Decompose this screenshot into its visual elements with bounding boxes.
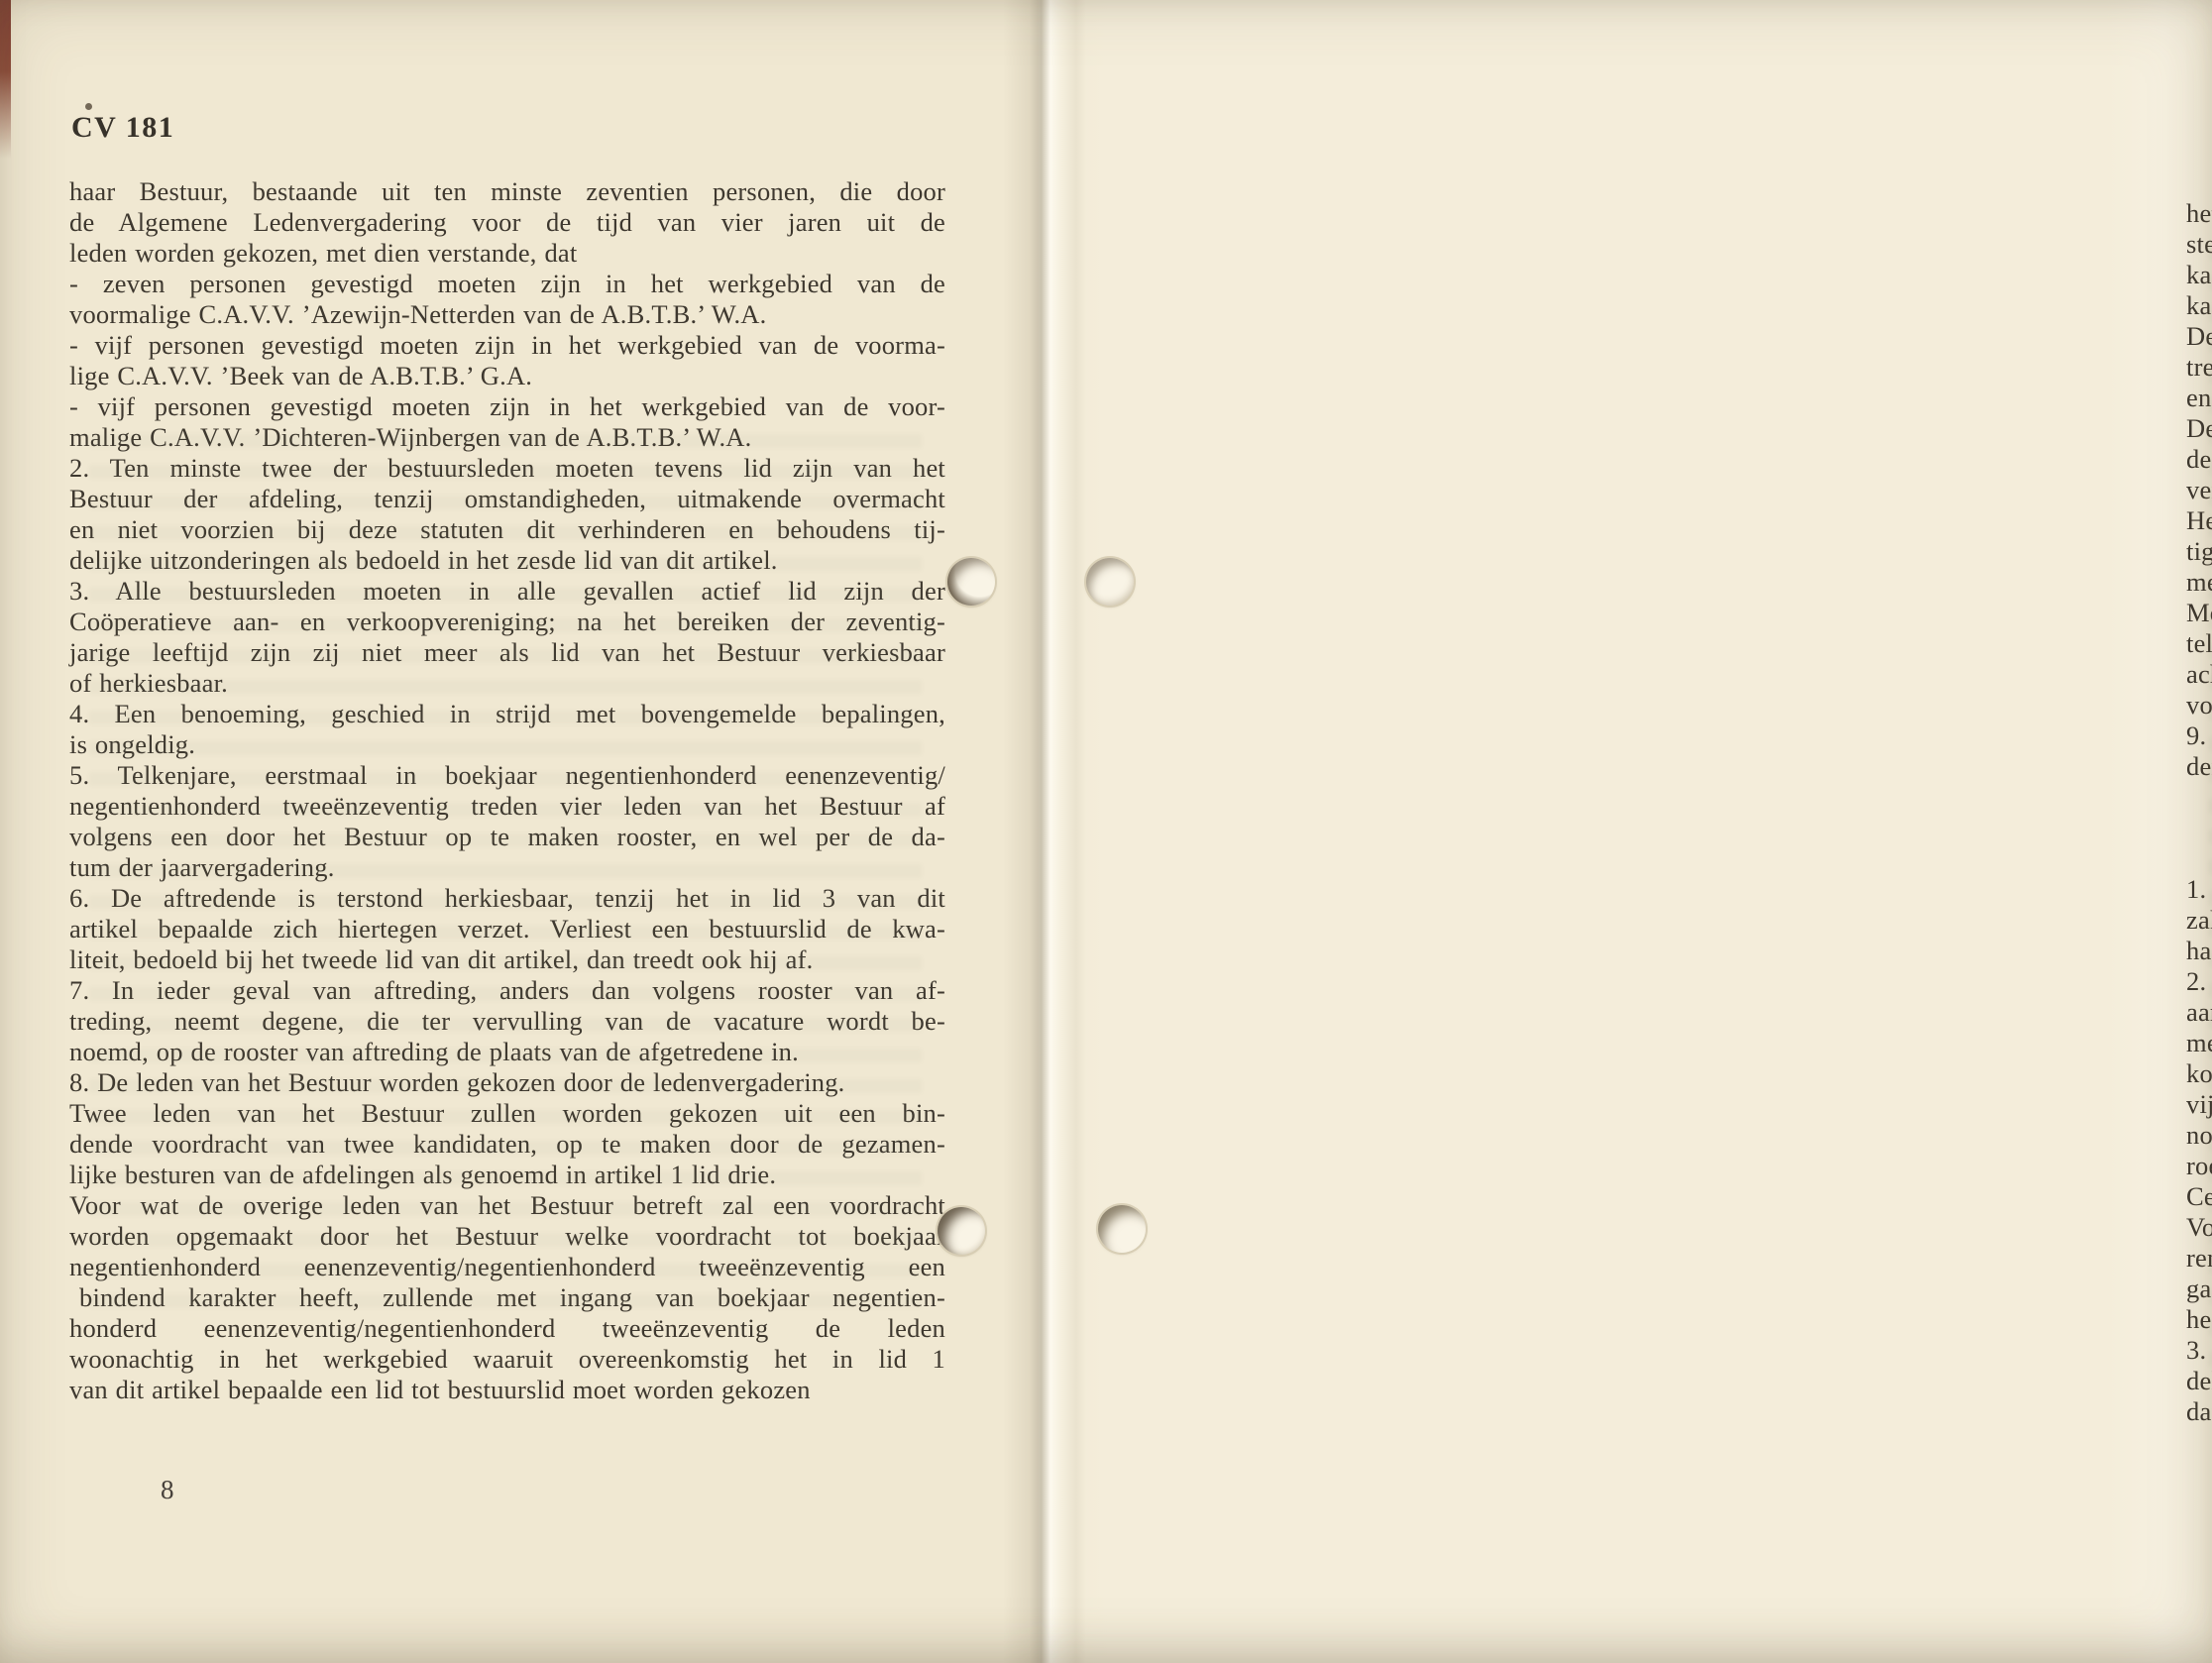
text-line: bindend karakter heeft, zullende met ing… <box>69 1282 945 1313</box>
page-right-header: CV 181 <box>2186 127 2212 161</box>
text-line: telijk aan het Bestuur zijn medegedeeld,… <box>2186 628 2212 659</box>
text-line: 2. Het Bestuur is onder na te melden voo… <box>2186 966 2212 997</box>
text-line: Centrale Boerenleenbank. <box>2186 1181 2212 1212</box>
punch-hole <box>947 558 995 606</box>
text-line: tum der jaarvergadering. <box>69 852 945 883</box>
text-line: eniging. <box>2186 383 2212 413</box>
text-line: voordracht van kandidaten opmaken. <box>2186 690 2212 721</box>
text-line: of herkiesbaar. <box>69 668 945 699</box>
text-line: Mocht binnen de gestelde termijn de betr… <box>2186 598 2212 628</box>
blank-line <box>2186 782 2212 813</box>
text-line: delsraad voor het voeren van processen e… <box>2186 1366 2212 1396</box>
punch-hole <box>938 1207 985 1255</box>
text-line: achtneming van het hiervoor in dit artik… <box>2186 659 2212 690</box>
text-line: van dit artikel bepaalde een lid tot bes… <box>69 1375 945 1405</box>
text-line: haar Bestuur, bestaande uit ten minste z… <box>69 176 945 207</box>
text-line: 4. Een benoeming, geschied in strijd met… <box>69 699 945 729</box>
blank-line <box>2186 843 2212 874</box>
text-line: jarige leeftijd zijn zij niet meer als l… <box>69 637 945 668</box>
text-line: nodig van de algemene vergadering, tenzi… <box>2186 1120 2212 1151</box>
text-line: - zeven personen gevestigd moeten zijn i… <box>69 269 945 299</box>
text-line: dan normale bedrijfsuitgaven. <box>2186 1396 2212 1427</box>
text-line: treffende ledenvergadering zijn ingedien… <box>2186 352 2212 383</box>
text-line: voormalige C.A.V.V. ’Azewijn-Netterden v… <box>69 299 945 330</box>
text-line: noemd, op de rooster van aftreding de pl… <box>69 1037 945 1067</box>
text-line: - vijf personen gevestigd moeten zijn in… <box>69 330 945 361</box>
text-line: dende voordracht van twee kandidaten, op… <box>69 1129 945 1160</box>
text-line: Twee leden van het Bestuur zullen worden… <box>69 1098 945 1129</box>
text-line: Artikel 19 <box>2186 813 2212 843</box>
text-line: gaan van geldleningen of het sluiten van… <box>2186 1274 2212 1304</box>
punch-hole <box>1098 1205 1146 1253</box>
text-line: volgens een door het Bestuur op te maken… <box>69 822 945 852</box>
text-line: mededeling hieromtrent ontvangen. <box>2186 567 2212 598</box>
text-line: - vijf personen gevestigd moeten zijn in… <box>69 391 945 422</box>
text-line: 9. De bestuursleden kunnen te allen tijd… <box>2186 721 2212 751</box>
text-line: kandidaat alsdan wordt toegevoegd aan de… <box>2186 260 2212 290</box>
text-line: worden opgemaakt door het Bestuur welke … <box>69 1221 945 1252</box>
text-line: Voor het aankopen, vervreemden en bezwar… <box>2186 1212 2212 1243</box>
text-line: 2. Ten minste twee der bestuursleden moe… <box>69 453 945 484</box>
text-line: vijftigduizend gulden (f. 50.000,–) heef… <box>2186 1089 2212 1120</box>
text-line: haar algemene vergadering. <box>2186 936 2212 966</box>
text-line: kandidaten. <box>2186 290 2212 321</box>
text-line: kopen, vervreemden en bezwaren van onroe… <box>2186 1058 2212 1089</box>
text-line: liteit, bedoeld bij het tweede lid van d… <box>69 944 945 975</box>
page-left-header: CV 181 <box>71 111 174 145</box>
text-line: delijke uitzonderingen als bedoeld in he… <box>69 545 945 576</box>
text-line: dering uit hun functie worden ontslagen. <box>2186 751 2212 782</box>
text-line: malige C.A.V.V. ’Dichteren-Wijnbergen va… <box>69 422 945 453</box>
text-line: 7. In ieder geval van aftreding, anders … <box>69 975 945 1006</box>
text-line: honderd eenenzeventig/negentienhonderd t… <box>69 1313 945 1344</box>
text-line: Het Bestuur draagt zorg, dat de betreffe… <box>2186 505 2212 536</box>
text-line: heeft het bestuur de goedkeuring nodig v… <box>2186 1304 2212 1335</box>
punch-hole <box>1086 558 1134 606</box>
text-line: negentienhonderd eenenzeventig/negentien… <box>69 1252 945 1282</box>
text-line: is ongeldig. <box>69 729 945 760</box>
text-line: Voor wat de overige leden van het Bestuu… <box>69 1190 945 1221</box>
text-line: lijke besturen van de afdelingen als gen… <box>69 1160 945 1190</box>
text-line: de voordracht moet tenminste veertien da… <box>2186 444 2212 475</box>
text-line: De door bedoelde besturen van de afdelin… <box>2186 413 2212 444</box>
text-line: Bestuur der afdeling, tenzij omstandighe… <box>69 484 945 514</box>
paper-speck <box>85 103 92 110</box>
text-line: woonachtig in het werkgebied waaruit ove… <box>69 1344 945 1375</box>
text-line: 6. De aftredende is terstond herkiesbaar… <box>69 883 945 914</box>
text-line: zaken der vereniging, alsmede de uitvoer… <box>2186 905 2212 936</box>
text-line: leden worden gekozen, met dien verstande… <box>69 238 945 269</box>
text-line: en niet voorzien bij deze statuten dit v… <box>69 514 945 545</box>
text-line: verkiezing zijn ingediend bij het Bestuu… <box>2186 475 2212 505</box>
text-line: artikel bepaalde zich hiertegen verzet. … <box>69 914 945 944</box>
page-left-text: haar Bestuur, bestaande uit ten minste z… <box>69 176 945 1405</box>
text-line: Coöperatieve aan- en verkoopvereniging; … <box>69 607 945 637</box>
text-line: aankopen, vervreemden en bezwaren van on… <box>2186 997 2212 1028</box>
text-line: lige C.A.V.V. ’Beek van de A.B.T.B.’ G.A… <box>69 361 945 391</box>
text-line: tig dagen voor de datum der indiening de… <box>2186 536 2212 567</box>
page-right: CV 181 het recht hebben een tegen-kandid… <box>1039 0 2212 1663</box>
text-line: Deze tegen-kandidaatstelling moet uiterl… <box>2186 321 2212 352</box>
text-line: ste vijf leden van de vereniging uit dit… <box>2186 229 2212 260</box>
text-line: met het bedrag van vijftigduizend gulden… <box>2186 1028 2212 1058</box>
text-line: 3. Alle bestuursleden moeten in alle gev… <box>69 576 945 607</box>
page-left-number: 8 <box>161 1475 174 1505</box>
page-right-text: het recht hebben een tegen-kandidaat te … <box>2186 198 2212 1427</box>
text-line: 5. Telkenjare, eerstmaal in boekjaar neg… <box>69 760 945 791</box>
text-line: 8. De leden van het Bestuur worden gekoz… <box>69 1067 945 1098</box>
text-line: ren, voor het stellen van andere zekerhe… <box>2186 1243 2212 1274</box>
text-line: treding, neemt degene, die ter vervullin… <box>69 1006 945 1037</box>
scanned-document-spread: CV 181 haar Bestuur, bestaande uit ten m… <box>0 0 2212 1663</box>
text-line: het recht hebben een tegen-kandidaat te … <box>2186 198 2212 229</box>
text-line: 3. Het Bestuur heeft daarenboven de goed… <box>2186 1335 2212 1366</box>
text-line: 1. Aan het Bestuur is opgedragen het beh… <box>2186 874 2212 905</box>
page-left: CV 181 haar Bestuur, bestaande uit ten m… <box>0 0 1039 1663</box>
text-line: roerende goederen geschiedt ten behoeve … <box>2186 1151 2212 1181</box>
text-line: negentienhonderd tweeënzeventig treden v… <box>69 791 945 822</box>
text-line: de Algemene Ledenvergadering voor de tij… <box>69 207 945 238</box>
